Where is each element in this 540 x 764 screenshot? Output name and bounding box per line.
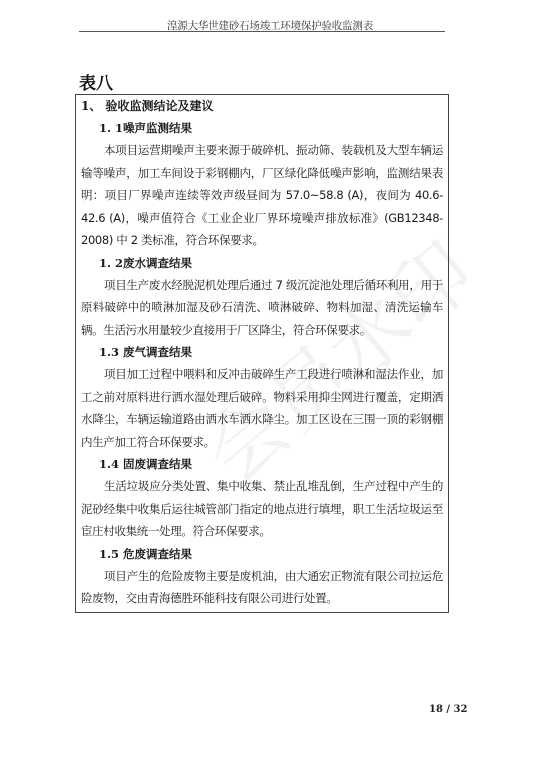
subsection-text-hazardous-waste: 项目产生的危险废物主要是废机油，由大通宏正物流有限公司拉运危险废物，交由青海德胜… bbox=[81, 565, 443, 610]
subsection-title-hazardous-waste: 1.5 危废调查结果 bbox=[81, 543, 443, 565]
conclusions-content: 1、 验收监测结论及建议 1. 1噪声监测结果 本项目运营期噪声主要来源于破碎机… bbox=[81, 95, 443, 610]
subsection-title-solid-waste: 1.4 固废调查结果 bbox=[81, 453, 443, 475]
section-title: 1、 验收监测结论及建议 bbox=[81, 95, 443, 117]
subsection-text-exhaust: 项目加工过程中喂料和反冲击破碎生产工段进行喷淋和湿法作业，加工之前对原料进行洒水… bbox=[81, 363, 443, 453]
header-divider bbox=[79, 31, 445, 32]
conclusions-table-box: 1、 验收监测结论及建议 1. 1噪声监测结果 本项目运营期噪声主要来源于破碎机… bbox=[75, 94, 449, 613]
page-number: 18 / 32 bbox=[429, 704, 467, 715]
subsection-text-noise: 本项目运营期噪声主要来源于破碎机、振动筛、装载机及大型车辆运输等噪声，加工车间设… bbox=[81, 139, 443, 252]
subsection-text-solid-waste: 生活垃圾应分类处置、集中收集、禁止乱堆乱倒，生产过程中产生的泥砂经集中收集后运往… bbox=[81, 475, 443, 543]
subsection-title-noise: 1. 1噪声监测结果 bbox=[81, 117, 443, 139]
subsection-text-wastewater: 项目生产废水经脱泥机处理后通过 7 级沉淀池处理后循环利用，用于原料破碎中的喷淋… bbox=[81, 274, 443, 342]
table-label: 表八 bbox=[79, 69, 113, 94]
subsection-title-exhaust: 1.3 废气调查结果 bbox=[81, 341, 443, 363]
subsection-title-wastewater: 1. 2废水调查结果 bbox=[81, 252, 443, 274]
